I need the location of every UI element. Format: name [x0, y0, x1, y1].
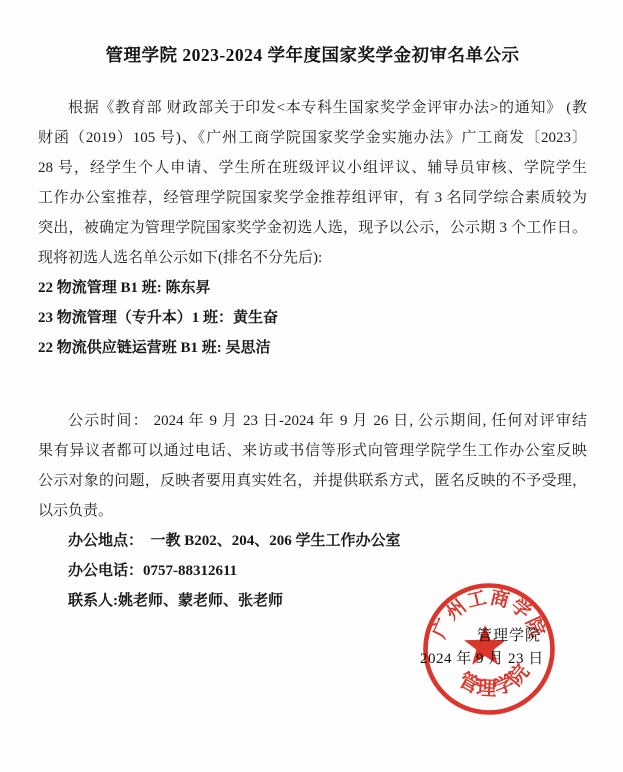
paragraph-line: 工作办公室推荐，经管理学院国家奖学金推荐组评审，有 3 名同学综合素质较为: [38, 183, 587, 213]
paragraph-line: 财函（2019）105 号)、《广州工商学院国家奖学金实施办法》广工商发〔202…: [38, 123, 587, 153]
publicity-paragraph: 公示时间： 2024 年 9 月 23 日-2024 年 9 月 26 日, 公…: [38, 406, 587, 526]
candidate-list: 22 物流管理 B1 班: 陈东昇 23 物流管理（专升本）1 班：黄生奋 22…: [38, 273, 587, 363]
candidate-line: 22 物流供应链运营班 B1 班: 吴思洁: [38, 333, 587, 363]
paragraph-line: 现将初选人选名单公示如下(排名不分先后):: [38, 243, 587, 273]
paragraph-line: 公示对象的问题，反映者要用真实姓名，并提供联系方式，匿名反映的不予受理，: [38, 466, 587, 496]
paragraph-line: 突出，被确定为管理学院国家奖学金初选人选，现予以公示，公示期 3 个工作日。: [38, 213, 587, 243]
paragraph-line: 公示时间： 2024 年 9 月 23 日-2024 年 9 月 26 日, 公…: [38, 406, 587, 436]
page-title: 管理学院 2023-2024 学年度国家奖学金初审名单公示: [38, 42, 587, 67]
paragraph-line: 果有异议者都可以通过电话、来访或书信等形式向管理学院学生工作办公室反映: [38, 436, 587, 466]
official-stamp-icon: 广州工商学院 管理学院: [414, 574, 564, 724]
candidate-line: 22 物流管理 B1 班: 陈东昇: [38, 273, 587, 303]
stamp-outer-text: 广州工商学院: [427, 585, 550, 641]
document-content: 管理学院 2023-2024 学年度国家奖学金初审名单公示 根据《教育部 财政部…: [0, 0, 623, 616]
paragraph-line: 根据《教育部 财政部关于印发<本专科生国家奖学金评审办法>的通知》 (教: [38, 93, 587, 123]
paragraph-line: 以示负责。: [38, 496, 587, 526]
intro-paragraph: 根据《教育部 财政部关于印发<本专科生国家奖学金评审办法>的通知》 (教 财函（…: [38, 93, 587, 273]
stamp-star-icon: [464, 625, 506, 665]
document-page: 管理学院 2023-2024 学年度国家奖学金初审名单公示 根据《教育部 财政部…: [0, 0, 623, 772]
office-location: 办公地点： 一教 B202、204、206 学生工作办公室: [38, 526, 587, 556]
stamp-inner-text: 管理学院: [455, 659, 535, 701]
candidate-line: 23 物流管理（专升本）1 班：黄生奋: [38, 303, 587, 333]
paragraph-line: 28 号，经学生个人申请、学生所在班级评议小组评议、辅导员审核、学院学生: [38, 153, 587, 183]
